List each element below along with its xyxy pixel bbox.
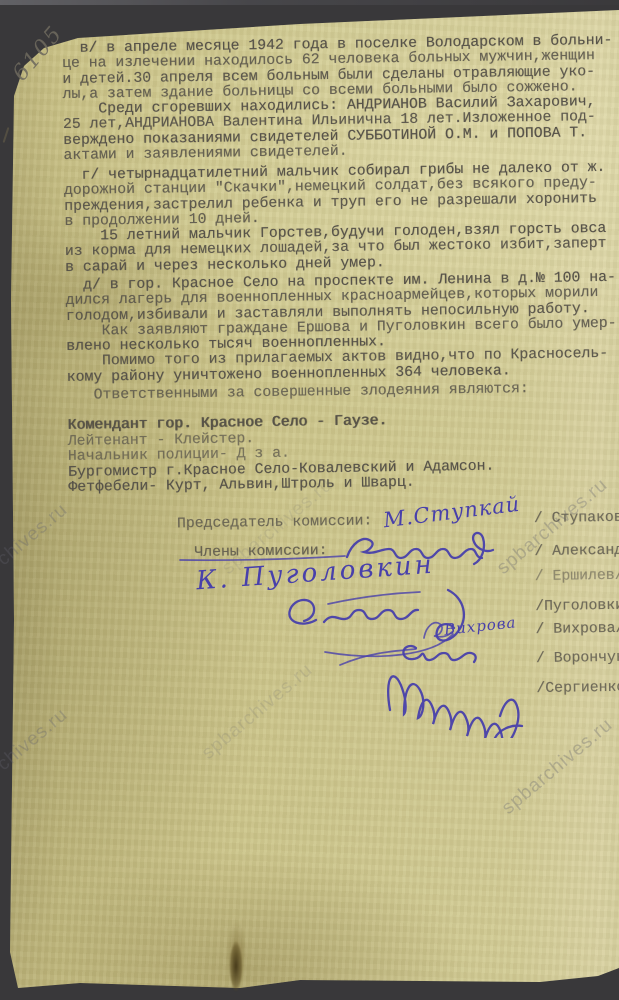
signature-scrawl-sergienko: [388, 676, 502, 738]
signature-scrawl-ershilev: [289, 600, 316, 624]
signature-underline-members: [180, 556, 345, 560]
signature-scrawl-ershilev-sweep: [325, 634, 453, 656]
signature-scrawl-ershilev-bar: [328, 592, 420, 604]
signature-scrawl-ershilev-body: [324, 610, 418, 622]
archival-scan-page: 6105 в/ в апреле месяце 1942 года в посе…: [0, 0, 619, 1000]
ink-scrawl-signatures: [148, 488, 578, 738]
signature-scrawl-alexandrov: [347, 539, 482, 558]
signature-scrawl-sergienko-tail: [493, 700, 522, 738]
signature-scrawl-alexandrov-tail: [473, 533, 493, 564]
